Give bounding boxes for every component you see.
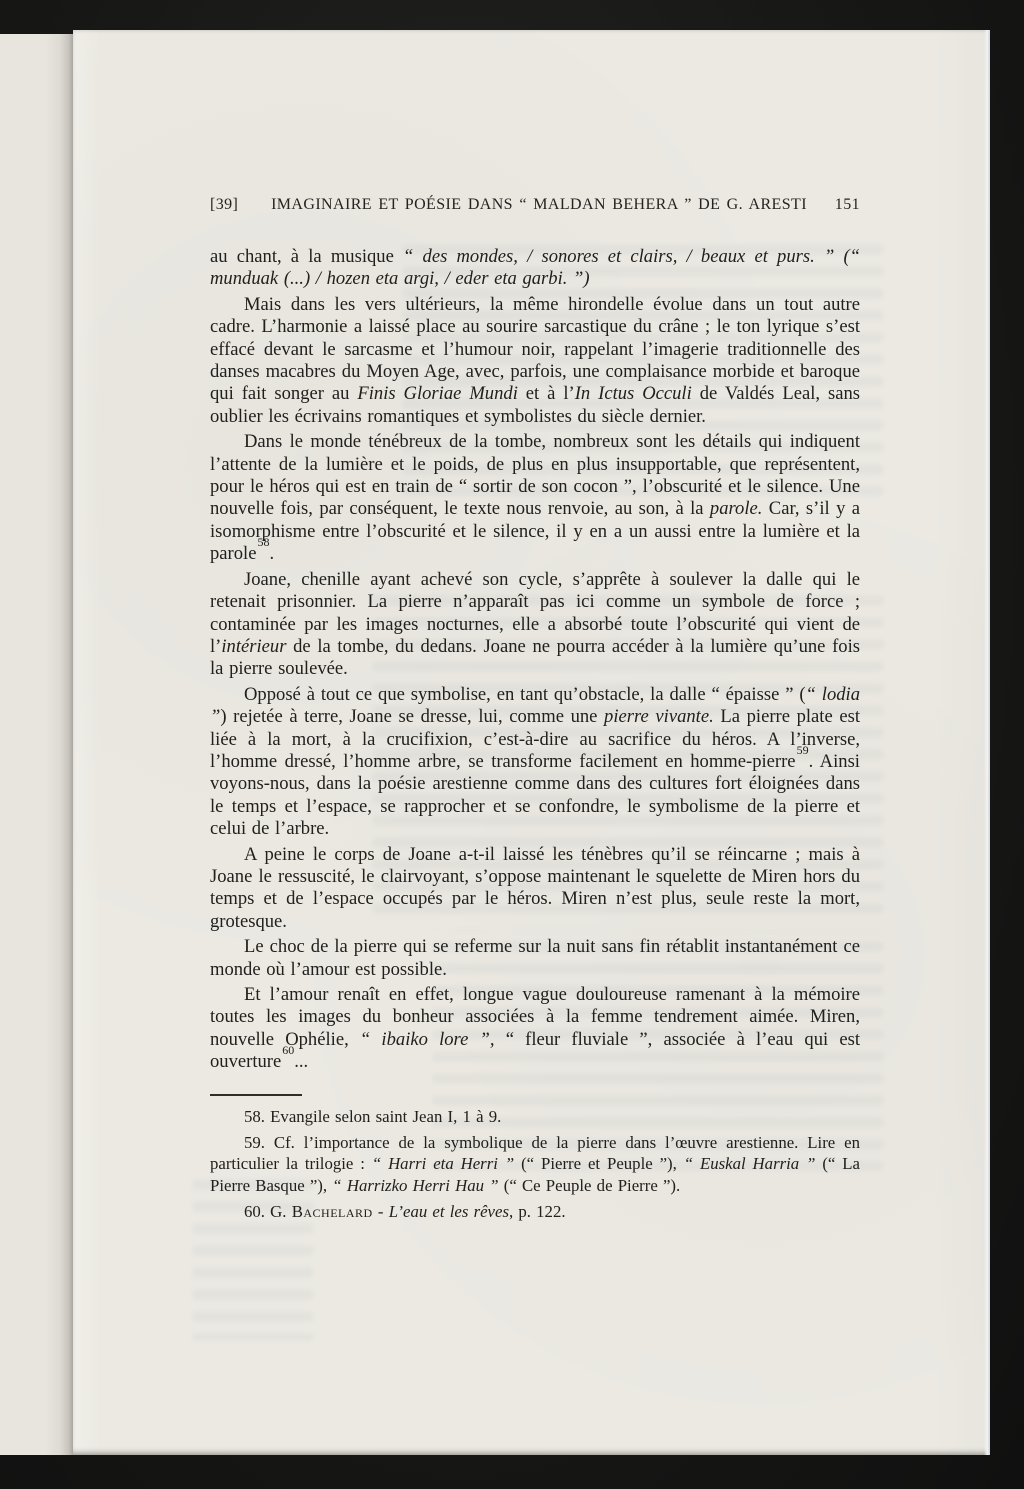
text-segment: ) rejetée à terre, Joane se dresse, lui,… bbox=[220, 706, 604, 727]
book-page: [39] IMAGINAIRE ET POÉSIE DANS “ MALDAN … bbox=[73, 30, 990, 1455]
page-number: 151 bbox=[824, 196, 860, 214]
facing-page-edge bbox=[0, 34, 73, 1455]
paragraph: Opposé à tout ce que symbolise, en tant … bbox=[210, 684, 860, 841]
footnote: 59. Cf. l’importance de la symbolique de… bbox=[210, 1132, 860, 1196]
text-segment: et à l’ bbox=[518, 383, 575, 404]
margin-reference: [39] bbox=[210, 196, 254, 214]
paragraph: Dans le monde ténébreux de la tombe, nom… bbox=[210, 431, 860, 565]
text-segment-italic: intérieur bbox=[221, 636, 286, 657]
text-segment: 60. G. bbox=[244, 1202, 292, 1221]
text-segment-italic: “ ibaiko lore ”, bbox=[360, 1029, 495, 1050]
text-segment: - bbox=[373, 1202, 389, 1221]
footnote-reference: 60 bbox=[282, 1043, 294, 1057]
page-content: [39] IMAGINAIRE ET POÉSIE DANS “ MALDAN … bbox=[210, 30, 860, 1228]
text-segment-italic: L’eau et les rêves bbox=[389, 1202, 509, 1221]
footnote-separator-rule bbox=[210, 1094, 302, 1096]
paragraph: Mais dans les vers ultérieurs, la même h… bbox=[210, 294, 860, 428]
footnote: 60. G. Bachelard - L’eau et les rêves, p… bbox=[210, 1201, 860, 1222]
footnotes-section: 58. Evangile selon saint Jean I, 1 à 9. … bbox=[210, 1094, 860, 1223]
text-segment-italic: “ Harri eta Herri ” bbox=[372, 1154, 514, 1173]
paragraph: Joane, chenille ayant achevé son cycle, … bbox=[210, 569, 860, 681]
text-segment: A peine le corps de Joane a-t-il laissé … bbox=[210, 844, 860, 932]
text-segment: Le choc de la pierre qui se referme sur … bbox=[210, 936, 860, 979]
text-segment-italic: “ Euskal Harria ” bbox=[684, 1154, 816, 1173]
text-segment: 58. Evangile selon saint Jean I, 1 à 9. bbox=[244, 1107, 501, 1126]
text-segment-italic: pierre vivante. bbox=[604, 706, 714, 727]
text-segment: , p. 122. bbox=[509, 1202, 566, 1221]
paragraph: Le choc de la pierre qui se referme sur … bbox=[210, 936, 860, 981]
text-segment-italic: parole. bbox=[710, 498, 763, 519]
text-segment: au chant, à la musique bbox=[210, 246, 403, 267]
text-segment: (“ Ce Peuple de Pierre ”). bbox=[499, 1176, 681, 1195]
running-header: [39] IMAGINAIRE ET POÉSIE DANS “ MALDAN … bbox=[210, 196, 860, 214]
body-text: au chant, à la musique “ des mondes, / s… bbox=[210, 246, 860, 1074]
paragraph: A peine le corps de Joane a-t-il laissé … bbox=[210, 844, 860, 934]
footnote: 58. Evangile selon saint Jean I, 1 à 9. bbox=[210, 1106, 860, 1127]
text-segment: . bbox=[269, 543, 274, 564]
text-segment: (“ Pierre et Peuple ”), bbox=[514, 1154, 684, 1173]
paragraph: au chant, à la musique “ des mondes, / s… bbox=[210, 246, 860, 291]
text-segment: Opposé à tout ce que symbolise, en tant … bbox=[244, 684, 806, 705]
text-segment: de la tombe, du dedans. Joane ne pourra … bbox=[210, 636, 860, 679]
footnote-reference: 59 bbox=[797, 743, 809, 757]
running-title: IMAGINAIRE ET POÉSIE DANS “ MALDAN BEHER… bbox=[254, 196, 824, 214]
text-segment: ... bbox=[294, 1051, 308, 1072]
text-segment-smallcaps: Bachelard bbox=[292, 1202, 373, 1221]
text-segment-italic: “ Harrizko Herri Hau ” bbox=[332, 1176, 498, 1195]
scan-background: [39] IMAGINAIRE ET POÉSIE DANS “ MALDAN … bbox=[0, 0, 1024, 1489]
footnote-reference: 58 bbox=[257, 535, 269, 549]
text-segment-italic: In Ictus Occuli bbox=[575, 383, 692, 404]
text-segment-italic: Finis Gloriae Mundi bbox=[357, 383, 517, 404]
paragraph: Et l’amour renaît en effet, longue vague… bbox=[210, 984, 860, 1074]
